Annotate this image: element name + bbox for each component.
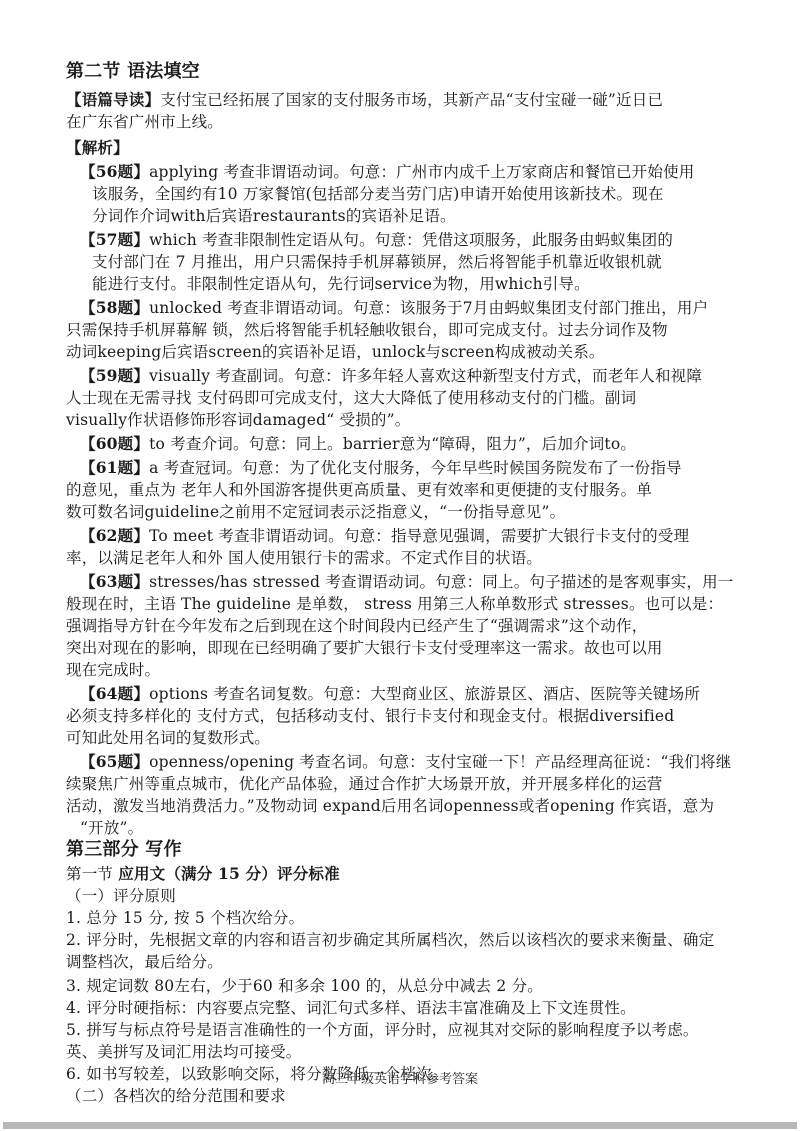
- item-56-line: 分词作介词with后宾语restaurants的宾语补足语。: [92, 206, 456, 226]
- principles-title: （一）评分原则: [66, 886, 176, 906]
- item-62: 【62题】To meet 考查非谓语动词。句意：指导意见强调，需要扩大银行卡支付…: [80, 526, 689, 546]
- item-61: 【61题】a 考查冠词。句意：为了优化支付服务，今年早些时候国务院发布了一份指导: [80, 458, 682, 478]
- item-64: 【64题】options 考查名词复数。句意：大型商业区、旅游景区、酒店、医院等…: [80, 684, 700, 704]
- item-56: 【56题】applying 考查非谓语动词。句意：广州市内成千上万家商店和餐馆已…: [80, 162, 694, 182]
- intro-line-1: 【语篇导读】支付宝已经拓展了国家的支付服务市场，其新产品“支付宝碰一碰”近日已: [66, 90, 663, 110]
- item-63-line: 突出对现在的影响，即现在已经明确了要扩大银行卡支付受理率这一需求。故也可以用: [66, 638, 663, 658]
- item-61-line: 的意见，重点为 老年人和外国游客提供更高质量、更有效率和更便捷的支付服务。单: [66, 480, 652, 500]
- rule-3: 3. 规定词数 80左右，少于60 和多余 100 的，从总分中减去 2 分。: [66, 976, 543, 996]
- item-57: 【57题】which 考查非限制性定语从句。句意：凭借这项服务，此服务由蚂蚁集团…: [80, 230, 673, 250]
- item-64-line: 可知此处用名词的复数形式。: [66, 728, 270, 748]
- item-57-line: 能进行支付。非限制性定语从句，先行词service为物，用which引导。: [92, 274, 590, 294]
- analysis-label: 【解析】: [66, 138, 129, 158]
- page-footer: 高三年级英语学科参考答案: [0, 1068, 800, 1087]
- item-65-line: 续聚焦广州等重点城市，优化产品体验，通过合作扩大场景开放，并开展多样化的运营: [66, 774, 663, 794]
- intro-label: 【语篇导读】: [66, 90, 160, 109]
- page-bottom-divider: [3, 1122, 797, 1129]
- item-58: 【58题】unlocked 考查非谓语动词。句意：该服务于7月由蚂蚁集团支付部门…: [80, 298, 708, 318]
- rule-1: 1. 总分 15 分, 按 5 个档次给分。: [66, 908, 304, 928]
- item-57-line: 支付部门在 7 月推出，用户只需保持手机屏幕锁屏，然后将智能手机靠近收银机就: [92, 252, 662, 272]
- item-59: 【59题】visually 考查副词。句意：许多年轻人喜欢这种新型支付方式，而老…: [80, 366, 702, 386]
- rule-5-cont: 英、美拼写及词汇用法均可接受。: [66, 1042, 302, 1062]
- rule-2: 2. 评分时，先根据文章的内容和语言初步确定其所属档次，然后以该档次的要求来衡量…: [66, 930, 714, 950]
- part3-subtitle: 第一节 应用文（满分 15 分）评分标准: [66, 864, 340, 884]
- item-65: 【65题】openness/opening 考查名词。句意：支付宝碰一下！产品经…: [80, 752, 731, 772]
- item-63-line: 强调指导方针在今年发布之后到现在这个时间段内已经产生了“强调需求”这个动作，: [66, 616, 647, 636]
- intro-line-2: 在广东省广州市上线。: [66, 112, 223, 132]
- item-63-line: 般现在时，主语 The guideline 是单数， stress 用第三人称单…: [66, 594, 723, 614]
- item-61-line: 数可数名词guideline之前用不定冠词表示泛指意义，“一份指导意见”。: [66, 502, 565, 522]
- part3-title: 第三部分 写作: [66, 840, 182, 860]
- rule-5: 5. 拼写与标点符号是语言准确性的一个方面，评分时，应视其对交际的影响程度予以考…: [66, 1020, 699, 1040]
- item-62-line: 率，以满足老年人和外 国人使用银行卡的需求。不定式作目的状语。: [66, 548, 542, 568]
- item-65-line: 活动，激发当地消费活力。”及物动词 expand后用名词openness或者op…: [66, 796, 714, 816]
- item-63-line: 现在完成时。: [66, 660, 160, 680]
- levels-title: （二）各档次的给分范围和要求: [66, 1086, 286, 1106]
- item-58-line: 动词keeping后宾语screen的宾语补足语，unlock与screen构成…: [66, 342, 605, 362]
- rule-2-cont: 调整档次，最后给分。: [66, 952, 223, 972]
- item-64-line: 必须支持多样化的 支付方式，包括移动支付、银行卡支付和现金支付。根据divers…: [66, 706, 674, 726]
- rule-4: 4. 评分时硬指标：内容要点完整、词汇句式多样、语法丰富准确及上下文连贯性。: [66, 998, 636, 1018]
- item-63: 【63题】stresses/has stressed 考查谓语动词。句意：同上。…: [80, 572, 734, 592]
- item-65-line: “开放”。: [80, 818, 143, 838]
- item-59-line: 人士现在无需寻找 支付码即可完成支付，这大大降低了使用移动支付的门槛。副词: [66, 388, 636, 408]
- item-56-line: 该服务，全国约有10 万家餐馆(包括部分麦当劳门店)申请开始使用该新技术。现在: [92, 184, 664, 204]
- item-60: 【60题】to 考查介词。句意：同上。barrier意为“障碍，阻力”，后加介词…: [80, 434, 636, 454]
- item-59-line: visually作状语修饰形容词damaged“ 受损的”。: [66, 410, 410, 430]
- section-title: 第二节 语法填空: [66, 62, 200, 82]
- item-58-line: 只需保持手机屏幕解 锁，然后将智能手机轻触收银台，即可完成支付。过去分词作及物: [66, 320, 668, 340]
